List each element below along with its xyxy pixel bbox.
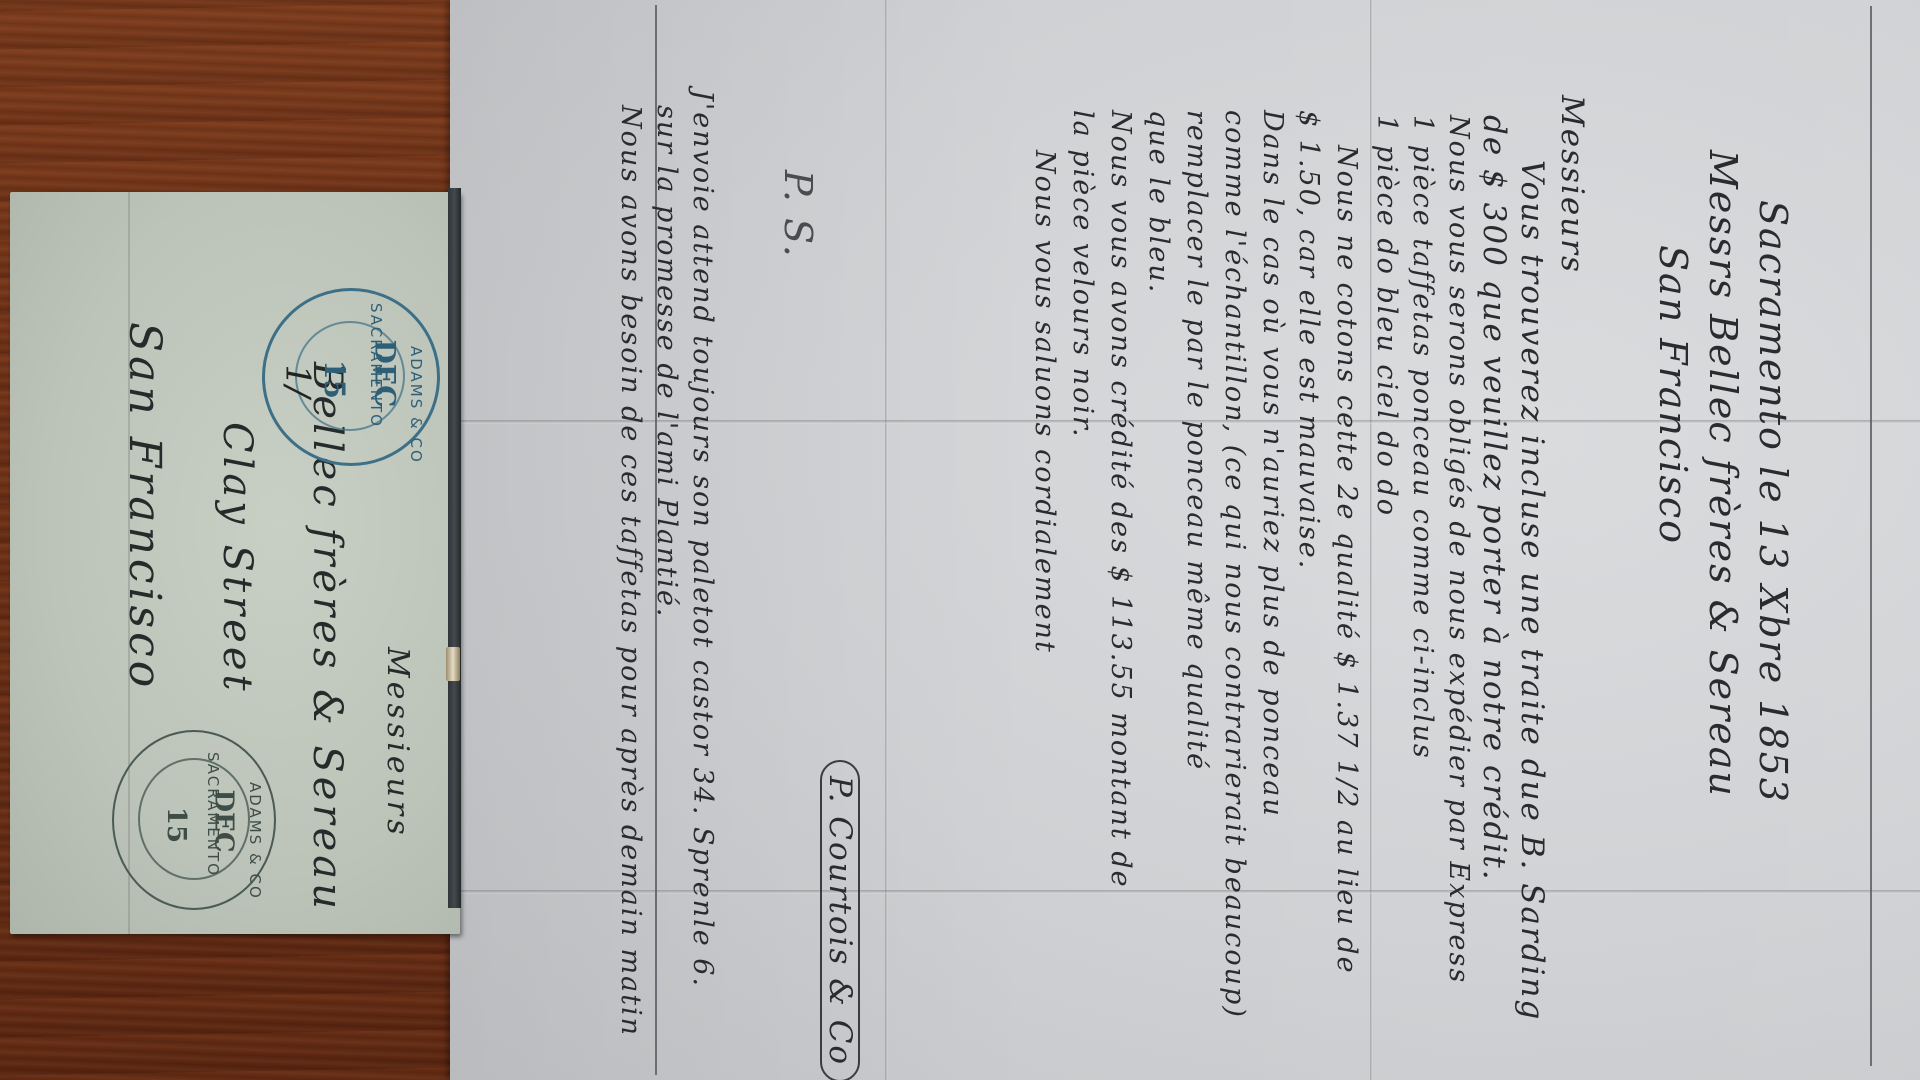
envelope-address-line: San Francisco bbox=[119, 322, 170, 691]
postmark-day: 15 bbox=[161, 807, 191, 843]
letter-addressee-city: San Francisco bbox=[1651, 245, 1695, 545]
postscript-line: sur la promesse de l'ami Plantié. bbox=[651, 105, 682, 619]
letter-body-line: Nous ne cotons cette 2e qualité $ 1.37 1… bbox=[1331, 145, 1362, 975]
letter-body-line: Nous vous saluons cordialement bbox=[1029, 150, 1060, 654]
letter-body-line: comme l'échantillon, (ce qui nous contra… bbox=[1219, 110, 1250, 1019]
black-postmark: SACRAMENTO ADAMS & CO DEC 15 bbox=[112, 730, 276, 910]
letter-body-line: que le bleu. bbox=[1143, 110, 1174, 294]
letter-body-line: de $ 300 que veuillez porter à notre cré… bbox=[1476, 115, 1512, 882]
postmark-day: 15 bbox=[318, 360, 351, 399]
envelope-address-line: Clay Street bbox=[214, 422, 260, 695]
letter-signature: P. Courtois & Co bbox=[820, 760, 860, 1080]
letter-body-line: $ 1.50, car elle est mauvaise. bbox=[1293, 110, 1324, 570]
letter-addressee-name: Messrs Bellec frères & Sereau bbox=[1701, 150, 1745, 798]
folded-letter: Sacramento le 13 Xbre 1853 Messrs Bellec… bbox=[450, 0, 1920, 1080]
letter-body-line: remplacer le par le ponceau même qualité bbox=[1181, 110, 1212, 771]
postmark-month: DEC bbox=[368, 340, 401, 408]
postscript-line: J'envoie attend toujours son paletot cas… bbox=[687, 90, 718, 988]
letter-body-line: Nous vous avons crédité des $ 113.55 mon… bbox=[1105, 110, 1136, 889]
metal-clip bbox=[446, 647, 460, 681]
postmark-outer-text: ADAMS & CO bbox=[407, 346, 425, 464]
envelope-address-line: Messieurs bbox=[380, 647, 415, 839]
letter-salutation: Messieurs bbox=[1554, 95, 1590, 274]
letter-body-line: 1 pièce taffetas ponceau comme ci-inclus bbox=[1407, 115, 1438, 760]
letter-fold-horizontal bbox=[450, 890, 1920, 894]
postscript-line: Nous avons besoin de ces taffetas pour a… bbox=[615, 105, 646, 1037]
letter-body-line: la pièce velours noir. bbox=[1067, 110, 1098, 439]
postmark-month: DEC bbox=[209, 789, 239, 852]
letter-body-line: 1 pièce do bleu ciel do do bbox=[1371, 115, 1402, 517]
letter-fold-vertical bbox=[885, 0, 888, 1080]
blue-postmark: SACRAMENTO ADAMS & CO DEC 15 1/ bbox=[262, 288, 440, 466]
margin-rule bbox=[1870, 6, 1872, 1066]
manuscript-rate-mark: 1/ bbox=[278, 364, 318, 397]
letter-body-line: Nous vous serons obligés de nous expédie… bbox=[1443, 115, 1474, 984]
letter-body-line: Vous trouverez incluse une traite due B.… bbox=[1514, 160, 1550, 1021]
postscript-heading: P. S. bbox=[776, 170, 820, 259]
letter-dateline: Sacramento le 13 Xbre 1853 bbox=[1751, 200, 1795, 804]
postmark-outer-text: ADAMS & CO bbox=[246, 782, 264, 900]
envelope-spine bbox=[448, 188, 461, 908]
letter-body-line: Dans le cas où vous n'auriez plus de pon… bbox=[1257, 110, 1288, 818]
